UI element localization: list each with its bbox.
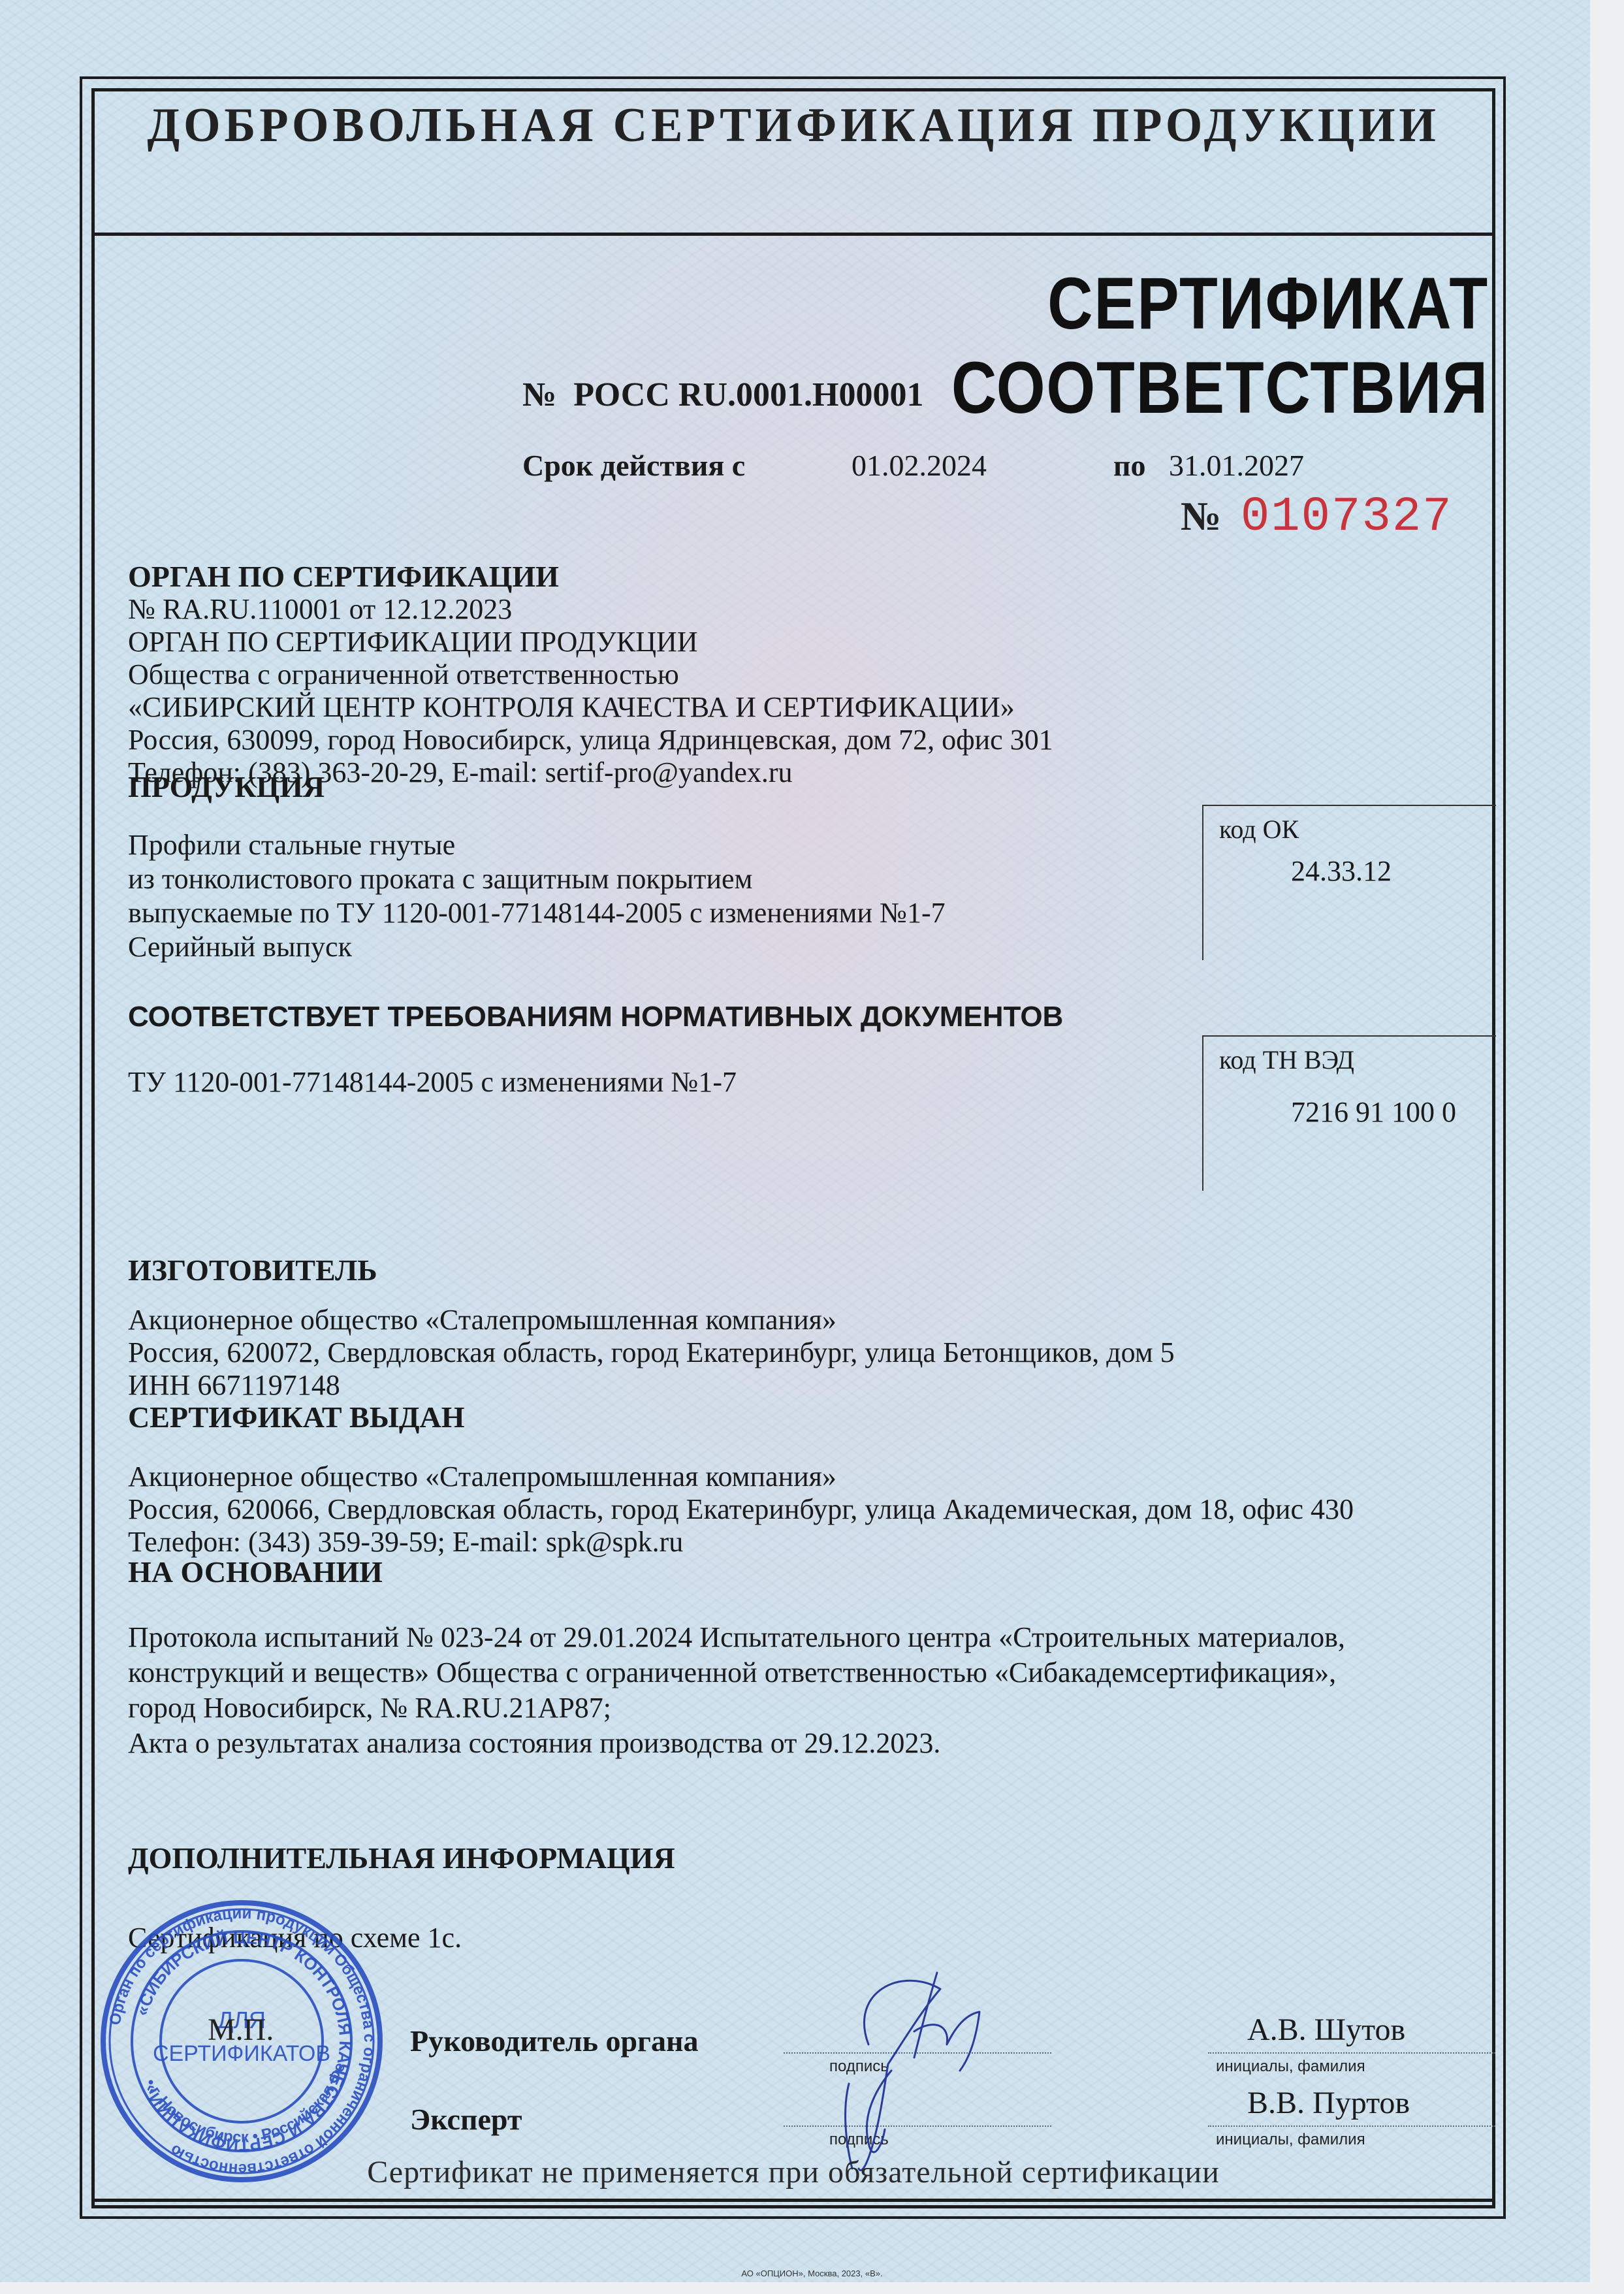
additional-info-section: ДОПОЛНИТЕЛЬНАЯ ИНФОРМАЦИЯ (128, 1842, 675, 1875)
product-section: ПРОДУКЦИЯ (128, 771, 325, 803)
code-tnved-label: код ТН ВЭД (1219, 1044, 1354, 1075)
number-value: РОСС RU.0001.Н00001 (573, 376, 923, 413)
section-heading: ОРГАН ПО СЕРТИФИКАЦИИ (128, 560, 1053, 593)
section-heading: НА ОСНОВАНИИ (128, 1556, 383, 1589)
disclaimer: Сертификат не применяется при обязательн… (91, 2154, 1495, 2190)
basis-section: НА ОСНОВАНИИ (128, 1556, 383, 1589)
head-name: А.В. Шутов (1247, 2012, 1405, 2048)
section-line: Россия, 620066, Свердловская область, го… (128, 1493, 1354, 1526)
scan-margin (1590, 0, 1624, 2294)
bottom-rule (91, 2199, 1495, 2202)
product-description: Профили стальные гнутые из тонколистовог… (128, 828, 946, 964)
section-line: выпускаемые по ТУ 1120-001-77148144-2005… (128, 896, 946, 930)
section-line: Профили стальные гнутые (128, 828, 946, 862)
certification-body-section: ОРГАН ПО СЕРТИФИКАЦИИ № RA.RU.110001 от … (128, 560, 1053, 789)
head-label: Руководитель органа (410, 2024, 698, 2058)
number-label: № (522, 376, 556, 413)
seal-place-label: М.П. (208, 2012, 274, 2048)
validity-label: Срок действия с (522, 449, 745, 482)
code-ok-box: код ОК 24.33.12 (1202, 805, 1496, 960)
basis-details: Протокола испытаний № 023-24 от 29.01.20… (128, 1620, 1345, 1761)
section-heading: ПРОДУКЦИЯ (128, 771, 325, 803)
section-line: конструкций и веществ» Общества с ограни… (128, 1655, 1345, 1690)
section-line: Общества с ограниченной ответственностью (128, 658, 1053, 691)
blank-number-value: 0107327 (1241, 490, 1453, 545)
scan-margin (0, 2282, 1624, 2294)
valid-from: 01.02.2024 (852, 448, 987, 483)
section-line: Серийный выпуск (128, 930, 946, 964)
manufacturer-section: ИЗГОТОВИТЕЛЬ (128, 1254, 377, 1287)
valid-to-label: по (1113, 448, 1146, 483)
code-tnved-box: код ТН ВЭД 7216 91 100 0 (1202, 1035, 1496, 1191)
section-line: из тонколистового проката с защитным пок… (128, 862, 946, 896)
section-heading: СООТВЕТСТВУЕТ ТРЕБОВАНИЯМ НОРМАТИВНЫХ ДО… (128, 1001, 1063, 1033)
section-heading: СЕРТИФИКАТ ВЫДАН (128, 1401, 465, 1434)
printer-imprint: АО «ОПЦИОН», Москва, 2023, «В». (0, 2269, 1624, 2278)
validity-period: Срок действия с 01.02.2024 по 31.01.2027 (522, 448, 1371, 483)
section-line: Телефон: (343) 359-39-59; E-mail: spk@sp… (128, 1526, 1354, 1559)
head-name-caption: инициалы, фамилия (1216, 2058, 1365, 2076)
section-line: Акта о результатах анализа состояния про… (128, 1726, 1345, 1761)
conformity-section: СООТВЕТСТВУЕТ ТРЕБОВАНИЯМ НОРМАТИВНЫХ ДО… (128, 1001, 1063, 1033)
expert-label: Эксперт (410, 2102, 522, 2137)
handwritten-signature-icon (823, 1953, 1019, 2188)
top-heading: ДОБРОВОЛЬНАЯ СЕРТИФИКАЦИЯ ПРОДУКЦИИ (106, 98, 1482, 153)
section-line: ТУ 1120-001-77148144-2005 с изменениями … (128, 1066, 737, 1099)
section-line: «СИБИРСКИЙ ЦЕНТР КОНТРОЛЯ КАЧЕСТВА И СЕР… (128, 691, 1053, 724)
expert-name-caption: инициалы, фамилия (1216, 2131, 1365, 2149)
section-line: ИНН 6671197148 (128, 1369, 1175, 1402)
valid-to: 31.01.2027 (1169, 448, 1304, 483)
section-line: Россия, 630099, город Новосибирск, улица… (128, 724, 1053, 756)
code-ok-value: 24.33.12 (1291, 854, 1392, 888)
blank-serial-number: № 0107327 (1181, 490, 1453, 545)
expert-name: В.В. Пуртов (1247, 2085, 1410, 2121)
section-line: Акционерное общество «Сталепромышленная … (128, 1304, 1175, 1336)
section-line: Протокола испытаний № 023-24 от 29.01.20… (128, 1620, 1345, 1655)
conformity-documents: ТУ 1120-001-77148144-2005 с изменениями … (128, 1066, 737, 1099)
code-ok-label: код ОК (1219, 814, 1299, 845)
section-heading: ДОПОЛНИТЕЛЬНАЯ ИНФОРМАЦИЯ (128, 1842, 675, 1875)
issued-to-details: Акционерное общество «Сталепромышленная … (128, 1461, 1354, 1559)
manufacturer-details: Акционерное общество «Сталепромышленная … (128, 1304, 1175, 1402)
head-name-line (1208, 2052, 1495, 2054)
section-line: город Новосибирск, № RA.RU.21АР87; (128, 1690, 1345, 1726)
issued-to-section: СЕРТИФИКАТ ВЫДАН (128, 1401, 465, 1434)
code-tnved-value: 7216 91 100 0 (1291, 1095, 1456, 1129)
section-line: № RA.RU.110001 от 12.12.2023 (128, 593, 1053, 626)
header-divider (91, 233, 1495, 236)
blank-number-label: № (1181, 494, 1221, 539)
expert-name-line (1208, 2125, 1495, 2127)
section-line: Акционерное общество «Сталепромышленная … (128, 1461, 1354, 1493)
certificate-number: № РОСС RU.0001.Н00001 (522, 376, 923, 414)
section-line: Россия, 620072, Свердловская область, го… (128, 1336, 1175, 1369)
section-line: ОРГАН ПО СЕРТИФИКАЦИИ ПРОДУКЦИИ (128, 626, 1053, 658)
section-heading: ИЗГОТОВИТЕЛЬ (128, 1254, 377, 1287)
